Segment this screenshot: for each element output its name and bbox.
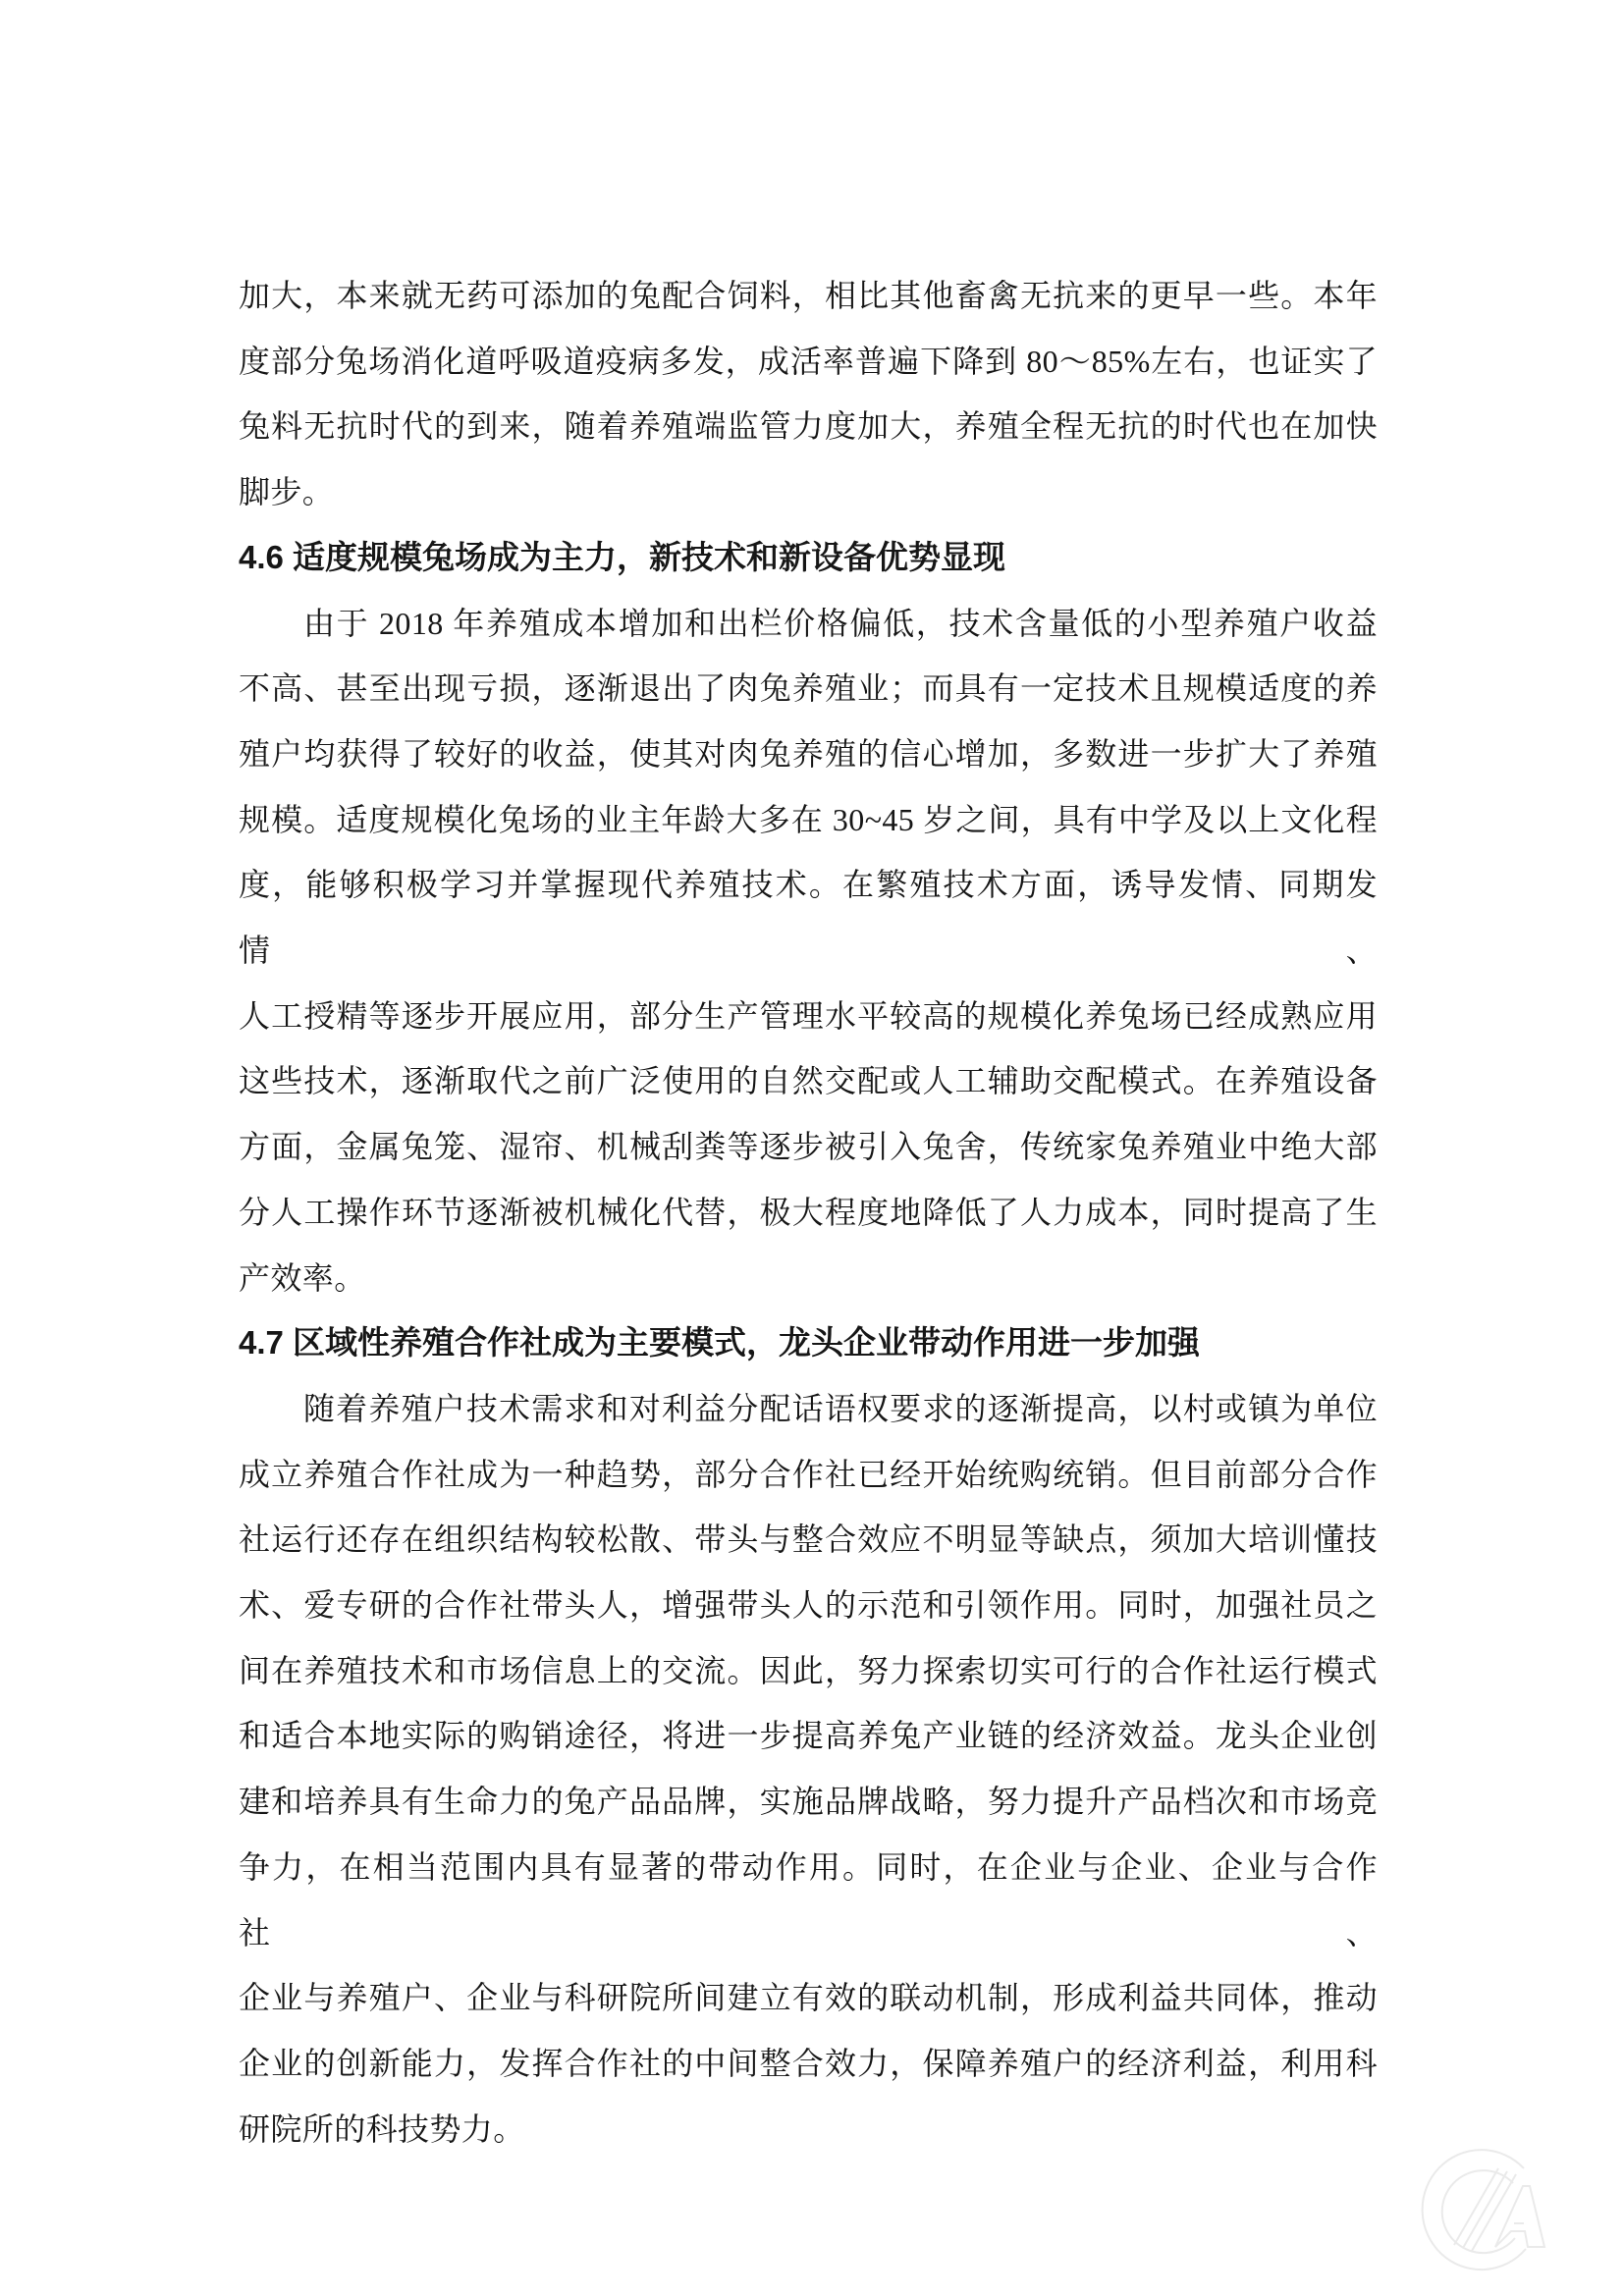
publisher-logo-watermark-icon <box>1409 2141 1546 2283</box>
text-line: 企业的创新能力，发挥合作社的中间整合效力，保障养殖户的经济利益，利用科 <box>239 2031 1378 2097</box>
text-line: 企业与养殖户、企业与科研院所间建立有效的联动机制，形成利益共同体，推动 <box>239 1965 1378 2031</box>
text-line: 建和培养具有生命力的兔产品品牌，实施品牌战略，努力提升产品档次和市场竞 <box>239 1769 1378 1835</box>
text-line: 成立养殖合作社成为一种趋势，部分合作社已经开始统购统销。但目前部分合作 <box>239 1442 1378 1508</box>
text-line: 研院所的科技势力。 <box>239 2097 1378 2163</box>
text-line: 度部分兔场消化道呼吸道疫病多发，成活率普遍下降到 80～85%左右，也证实了 <box>239 329 1378 395</box>
document-page: 加大，本来就无药可添加的兔配合饲料，相比其他畜禽无抗来的更早一些。本年 度部分兔… <box>0 0 1624 2296</box>
text-line: 人工授精等逐步开展应用，部分生产管理水平较高的规模化养兔场已经成熟应用 <box>239 984 1378 1049</box>
text-line: 由于 2018 年养殖成本增加和出栏价格偏低，技术含量低的小型养殖户收益 <box>239 591 1378 657</box>
text-line: 随着养殖户技术需求和对利益分配话语权要求的逐渐提高，以村或镇为单位 <box>239 1376 1378 1442</box>
text-line: 社运行还存在组织结构较松散、带头与整合效应不明显等缺点，须加大培训懂技 <box>239 1507 1378 1573</box>
section-heading-4-7: 4.7 区域性养殖合作社成为主要模式，龙头企业带动作用进一步加强 <box>239 1310 1378 1376</box>
text-line: 和适合本地实际的购销途径，将进一步提高养兔产业链的经济效益。龙头企业创 <box>239 1703 1378 1769</box>
paragraph-section-4-7: 随着养殖户技术需求和对利益分配话语权要求的逐渐提高，以村或镇为单位 成立养殖合作… <box>239 1376 1378 2162</box>
text-line: 产效率。 <box>239 1246 1378 1311</box>
text-line: 分人工操作环节逐渐被机械化代替，极大程度地降低了人力成本，同时提高了生 <box>239 1180 1378 1246</box>
text-line: 兔料无抗时代的到来，随着养殖端监管力度加大，养殖全程无抗的时代也在加快 <box>239 394 1378 459</box>
text-line: 术、爱专研的合作社带头人，增强带头人的示范和引领作用。同时，加强社员之 <box>239 1573 1378 1638</box>
text-line: 不高、甚至出现亏损，逐渐退出了肉兔养殖业；而具有一定技术且规模适度的养 <box>239 656 1378 721</box>
text-line: 规模。适度规模化兔场的业主年龄大多在 30~45 岁之间，具有中学及以上文化程 <box>239 787 1378 853</box>
text-line: 脚步。 <box>239 459 1378 525</box>
section-heading-4-6: 4.6 适度规模兔场成为主力，新技术和新设备优势显现 <box>239 525 1378 591</box>
paragraph-section-4-6: 由于 2018 年养殖成本增加和出栏价格偏低，技术含量低的小型养殖户收益 不高、… <box>239 591 1378 1311</box>
paragraph-intro: 加大，本来就无药可添加的兔配合饲料，相比其他畜禽无抗来的更早一些。本年 度部分兔… <box>239 263 1378 525</box>
text-line: 争力，在相当范围内具有显著的带动作用。同时，在企业与企业、企业与合作社、 <box>239 1835 1378 1965</box>
page-text-block: 加大，本来就无药可添加的兔配合饲料，相比其他畜禽无抗来的更早一些。本年 度部分兔… <box>239 263 1378 2162</box>
text-line: 间在养殖技术和市场信息上的交流。因此，努力探索切实可行的合作社运行模式 <box>239 1638 1378 1704</box>
text-line: 方面，金属兔笼、湿帘、机械刮粪等逐步被引入兔舍，传统家兔养殖业中绝大部 <box>239 1114 1378 1180</box>
text-line: 这些技术，逐渐取代之前广泛使用的自然交配或人工辅助交配模式。在养殖设备 <box>239 1048 1378 1114</box>
text-line: 加大，本来就无药可添加的兔配合饲料，相比其他畜禽无抗来的更早一些。本年 <box>239 263 1378 329</box>
text-line: 殖户均获得了较好的收益，使其对肉兔养殖的信心增加，多数进一步扩大了养殖 <box>239 721 1378 787</box>
text-line: 度，能够积极学习并掌握现代养殖技术。在繁殖技术方面，诱导发情、同期发情、 <box>239 852 1378 983</box>
